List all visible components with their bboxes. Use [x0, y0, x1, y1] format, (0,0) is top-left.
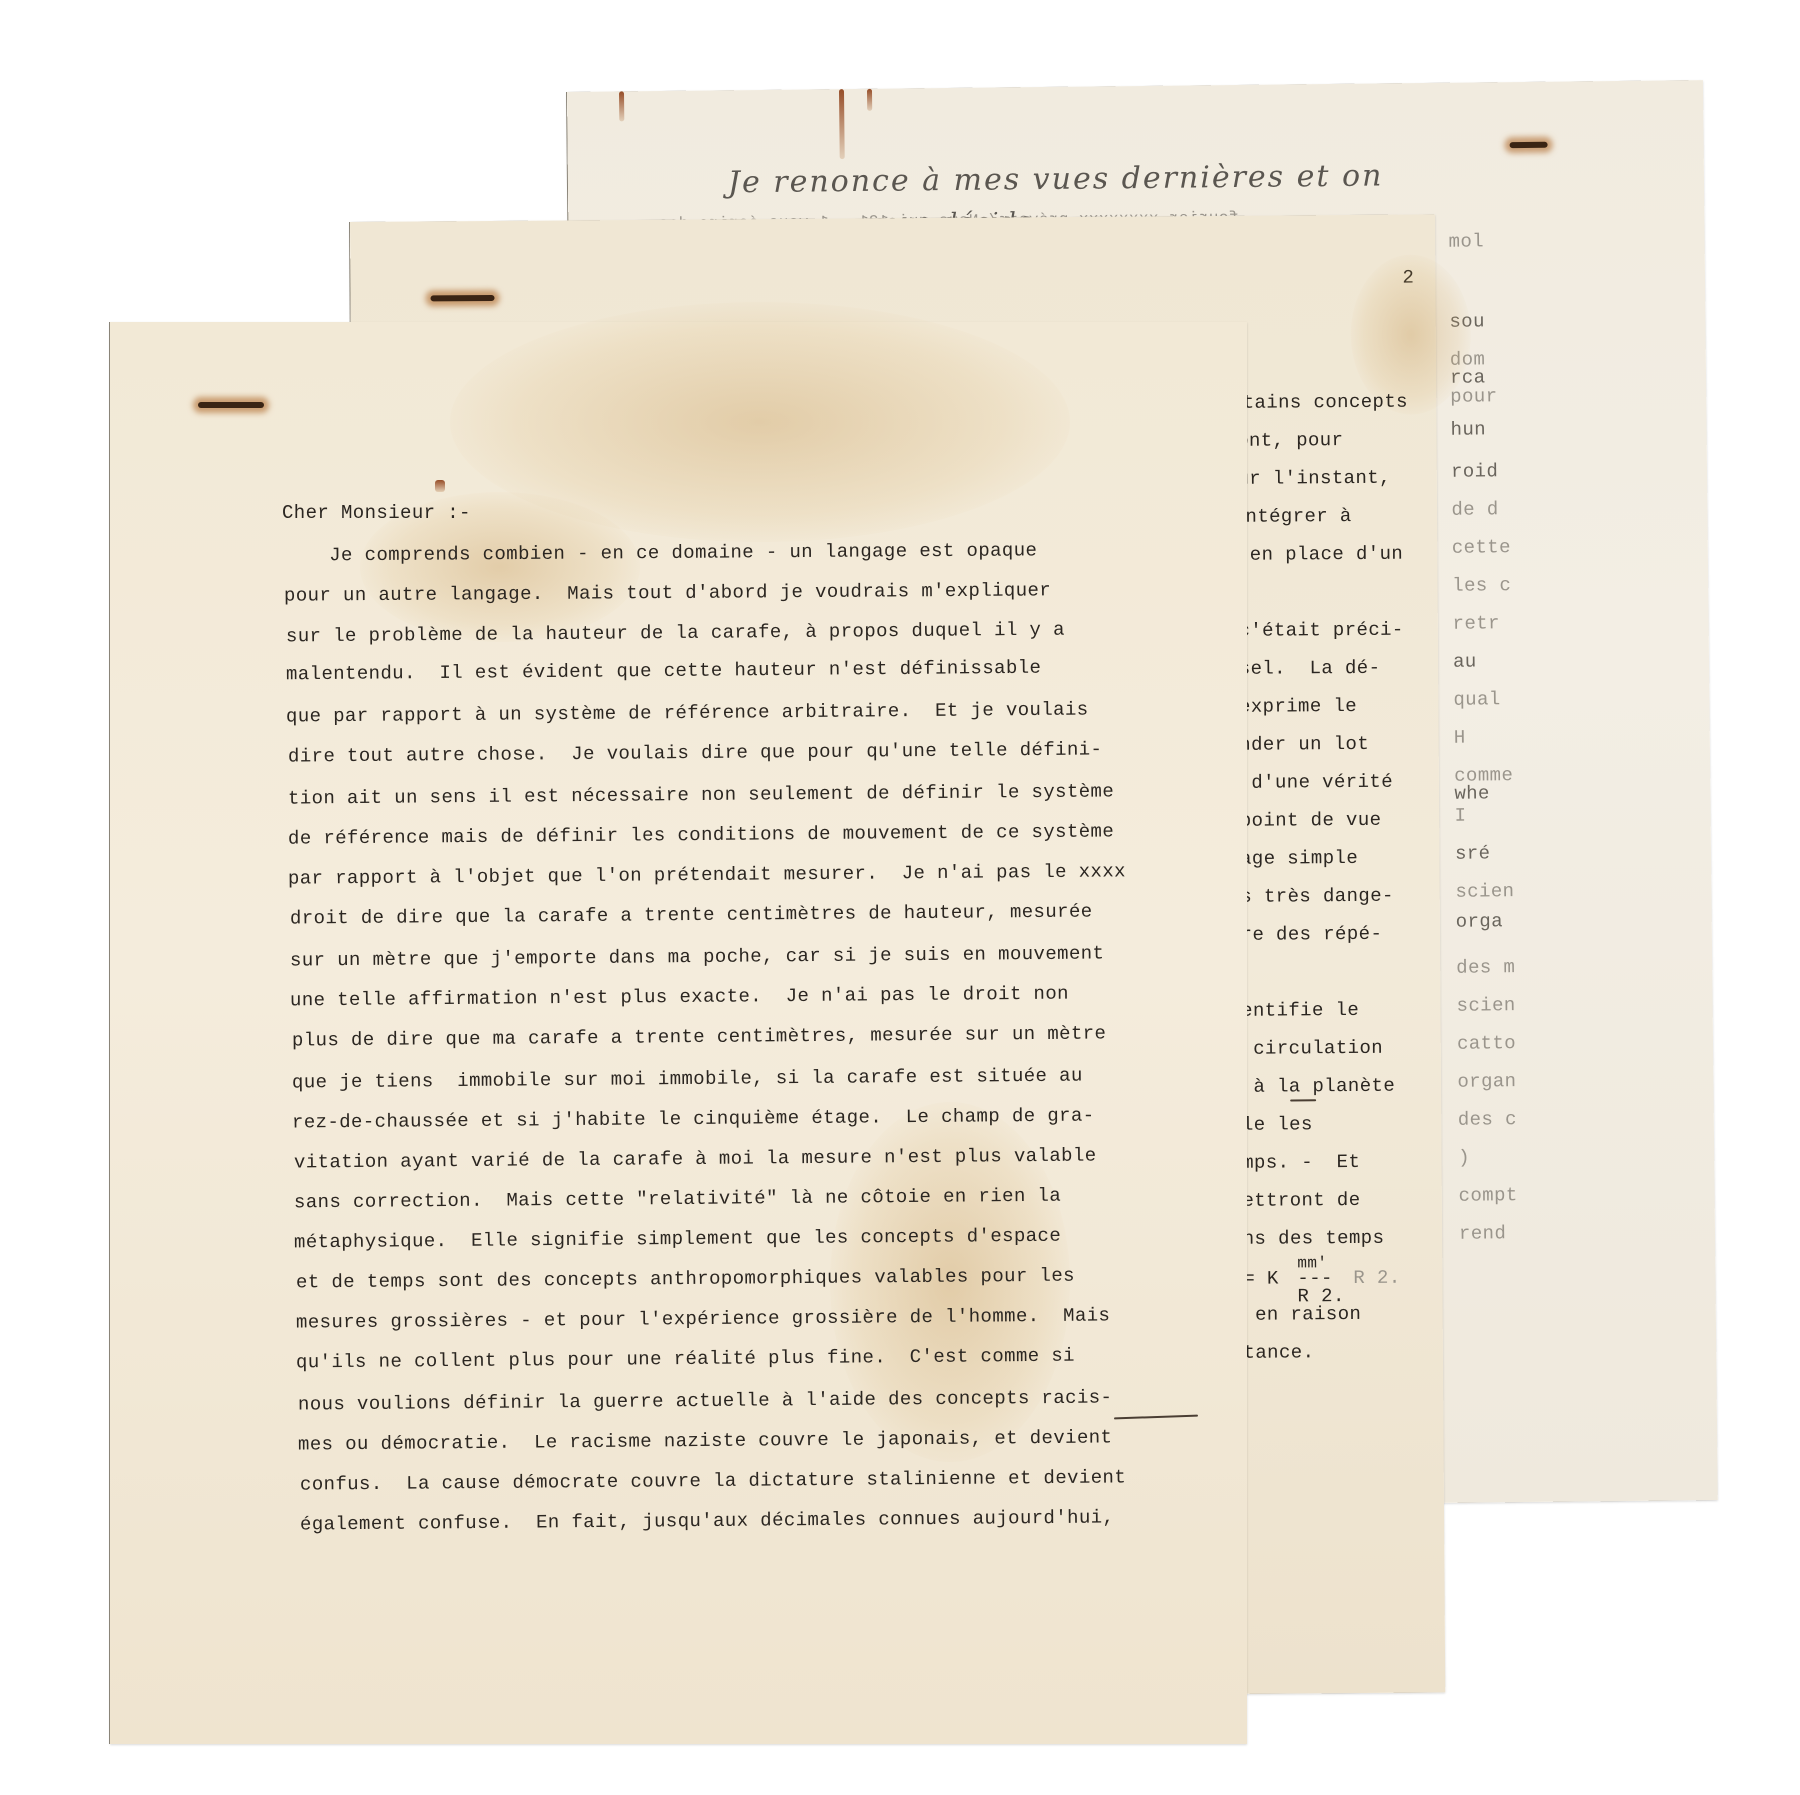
margin-fragment: sou	[1449, 312, 1485, 331]
text-line: qu'ils ne collent plus pour une réalité …	[296, 1347, 1075, 1373]
margin-fragment: organ	[1457, 1072, 1516, 1092]
text-line: vitation ayant varié de la carafe à moi …	[294, 1146, 1097, 1172]
text-line: sur le problème de la hauteur de la cara…	[286, 621, 1065, 647]
rust-spot	[435, 480, 445, 492]
staple-mark	[1510, 142, 1548, 148]
margin-fragment: orga	[1456, 912, 1503, 931]
text-line: mesures grossières - et pour l'expérienc…	[296, 1306, 1110, 1332]
staple-mark	[431, 295, 495, 301]
text-line: que par rapport à un système de référenc…	[286, 700, 1089, 726]
margin-fragment: H	[1454, 729, 1466, 748]
text-line: dire tout autre chose. Je voulais dire q…	[288, 740, 1102, 766]
rust-mark	[867, 89, 872, 111]
text-line: sans correction. Mais cette "relativité"…	[294, 1187, 1061, 1213]
text-line: pour un autre langage. Mais tout d'abord…	[284, 581, 1051, 605]
text-line: nous voulions définir la guerre actuelle…	[298, 1388, 1112, 1414]
text-line: que je tiens immobile sur moi immobile, …	[292, 1067, 1083, 1093]
rust-mark	[839, 89, 845, 159]
text-line: droit de dire que la carafe a trente cen…	[290, 902, 1093, 928]
formula-lhs: = K	[1243, 1270, 1279, 1289]
text-line: par rapport à l'objet que l'on prétendai…	[288, 862, 1126, 888]
text-line: rez-de-chaussée et si j'habite le cinqui…	[292, 1106, 1095, 1132]
margin-fragment: whe	[1454, 784, 1490, 803]
margin-fragment: I	[1455, 807, 1467, 826]
text-line: métaphysique. Elle signifie simplement q…	[294, 1227, 1061, 1253]
margin-fragment: scien	[1457, 996, 1516, 1016]
margin-fragment: les c	[1452, 576, 1511, 596]
margin-fragment: au	[1453, 653, 1477, 672]
margin-fragment: )	[1458, 1149, 1470, 1168]
margin-fragment: des m	[1456, 958, 1515, 978]
margin-fragment: retr	[1453, 614, 1500, 633]
margin-fragment: scien	[1455, 882, 1514, 902]
page-number: 2	[1402, 267, 1414, 289]
margin-fragment: hun	[1450, 420, 1486, 439]
text-line: de référence mais de définir les conditi…	[288, 822, 1114, 848]
text-line: confus. La cause démocrate couvre la dic…	[300, 1468, 1126, 1494]
text-line: malentendu. Il est évident que cette hau…	[286, 659, 1041, 685]
text-line: sur un mètre que j'emporte dans ma poche…	[290, 944, 1104, 970]
text-line: et de temps sont des concepts anthropomo…	[296, 1267, 1075, 1293]
margin-fragment: qual	[1453, 690, 1500, 709]
margin-fragment: cette	[1452, 538, 1511, 558]
margin-fragments: mol sou dom rca pour hun roid de d cette…	[1449, 232, 1569, 233]
text-line: plus de dire que ma carafe a trente cent…	[292, 1024, 1106, 1050]
margin-fragment: catto	[1457, 1034, 1516, 1054]
text-line: une telle affirmation n'est plus exacte.…	[290, 985, 1069, 1011]
margin-fragment: roid	[1451, 462, 1498, 481]
text-line: Je comprends combien - en ce domaine - u…	[282, 541, 1037, 565]
handwritten-note-line-1: Je renonce à mes vues dernières et on	[728, 158, 1384, 200]
margin-fragment: compt	[1459, 1186, 1518, 1206]
text-line: mes ou démocratie. Le racisme naziste co…	[298, 1428, 1112, 1454]
salutation: Cher Monsieur :-	[282, 504, 471, 523]
rust-mark	[619, 91, 624, 121]
water-stain	[450, 302, 1070, 542]
margin-fragment: rend	[1459, 1224, 1506, 1243]
text-line: également confuse. En fait, jusqu'aux dé…	[300, 1508, 1114, 1534]
margin-fragment: pour	[1450, 387, 1497, 406]
formula-trailing: R 2.	[1353, 1269, 1400, 1288]
margin-fragment: sré	[1455, 844, 1491, 863]
pencil-underline	[1290, 1099, 1316, 1101]
front-page: Cher Monsieur :- Je comprends combien - …	[110, 322, 1247, 1744]
staple-mark	[198, 402, 264, 408]
margin-fragment: mol	[1449, 232, 1485, 251]
margin-fragment: de d	[1451, 500, 1498, 519]
pencil-underline	[1114, 1415, 1198, 1420]
text-line: tion ait un sens il est nécessaire non s…	[288, 782, 1114, 808]
margin-fragment: des c	[1458, 1110, 1517, 1130]
